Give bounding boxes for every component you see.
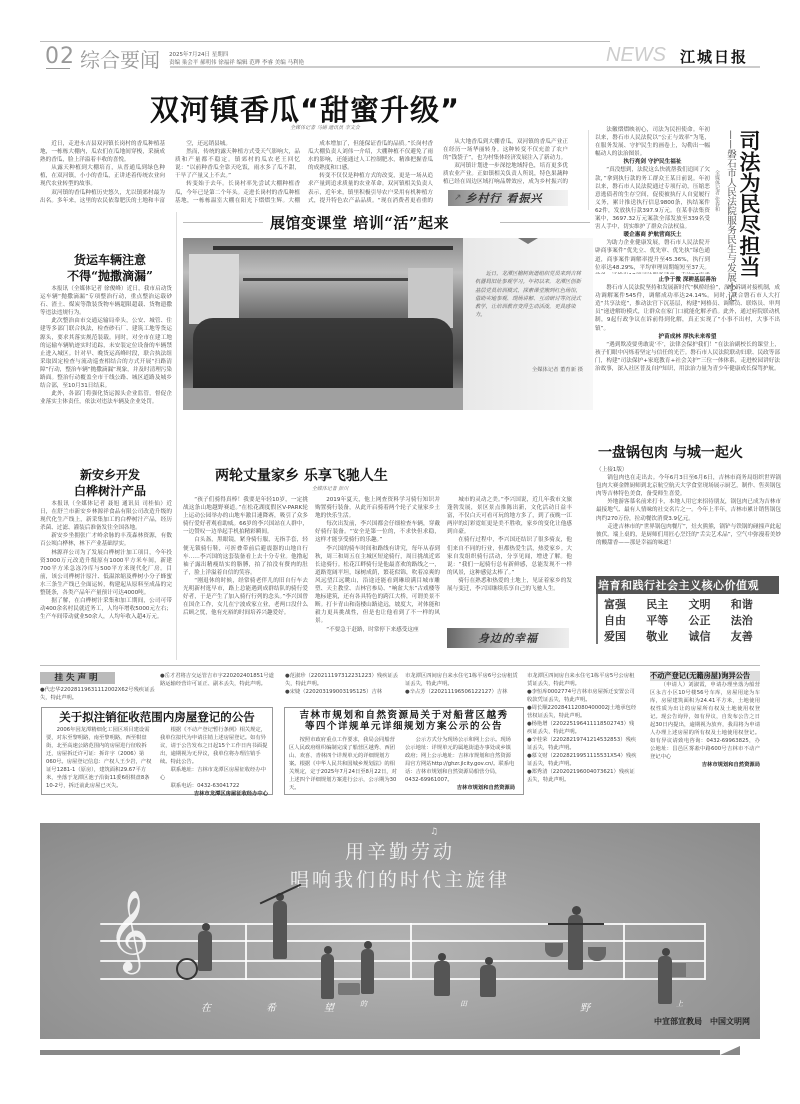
exhibition-caption-box: 近日，龙潭区榆树街道组织党员来到吉林机器局旧址参观学习。年初以来，龙潭区创新基层… [463, 238, 593, 410]
main-story-col3: 成本增加了，但能保证香瓜的品质。”长岗村香瓜大棚负责人刘伟一介绍，大棚种植不仅避… [308, 140, 433, 204]
planning-notice-col2: 公示方式分为现场公示和网上公示。现场公示地址：详规单元的属地街道办事处或乡镇政府… [405, 736, 515, 784]
lyric-char: 野 [580, 999, 590, 1014]
bar-line [704, 923, 706, 980]
core-values-grid: 富强 民主 文明 和谐 自由 平等 公正 法治 爱国 敬业 诚信 友善 [596, 594, 779, 644]
property-inquiry-notice: 不动产登记(无籍房屋)询异公告 （申请人）刘淑霞，申请办理坐落为船营区永吉小区1… [650, 671, 760, 769]
property-notice-signature: 吉林市规划和自然资源局 [650, 761, 760, 769]
house-notice-col2: 根据《不动产登记暂行条例》相关规定，我单位拟代为申请注销上述房屋登记。如有异议，… [160, 726, 268, 766]
lost-notice-col4: 市龙潭区四间房自来水住宅1栋平房6号公房租赁证丢失，特此声明。 ●辛占芳（220… [405, 672, 520, 696]
house-notice-signature: 吉林市龙潭区房屋征收经办中心 [160, 790, 268, 798]
core-value-item: 平等 [646, 613, 688, 629]
birch-story-body: 本报讯（全媒体记者 聂旭 通讯员 司桂仙）近日，在舒兰市新安乡林源祥食品有限公司… [40, 500, 172, 650]
property-notice-text: （申请人）刘淑霞，申请办理坐落为船营区永吉小区10号楼56号车库，房屋用途为车库… [650, 681, 760, 761]
planning-notice-title: 吉林市规划和自然资源局关于对船营区越秀 等四个详规单元详细规划方案公示的公告 [289, 710, 519, 732]
cycling-col1: “孩子们骑得真棒！我要是年轻10岁，一定挑战这条山地越野赛道。”在松花湖度假区V… [183, 496, 308, 658]
lost-notice-col3: ●范淑珍（220211197312231223）残疾证丢失，特此声明。 ●宋婕（… [285, 672, 400, 696]
house-notice-col1: 2006年因龙潭精细化工园区项目建设需要，对东至黎明路，南至黎明路，西至棋盘街，… [46, 726, 154, 790]
property-notice-title: 不动产登记(无籍房屋)询异公告 [650, 671, 760, 681]
exhibition-caption: 近日，龙潭区榆树街道组织党员来到吉林机器局旧址参观学习。年初以来，龙潭区创新基层… [475, 270, 583, 320]
bar-line [410, 923, 412, 980]
court-story-body-cont: 止争于微 深耕基层善治 磐石市人民法院坚持和发展新时代“枫桥经验”，深化诉调对接… [595, 276, 780, 426]
happiness-ribbon: 身边的幸福 [447, 628, 569, 648]
banner-credit: 中宣部宣教局 中国文明网 [654, 1016, 750, 1027]
music-note-icon: ♫ [430, 827, 438, 837]
lyric-char: 希 [266, 999, 276, 1014]
main-story-col4: 从大地香瓜到大棚香瓜，双河镇的香瓜产业正在经历一场华丽转身。这种转变不仅充盈了农… [443, 138, 568, 186]
house-cancel-notice: 关于拟注销征收范围内房屋登记的公告 2006年因龙潭精细化工园区项目建设需要，对… [41, 707, 273, 795]
core-value-item: 诚信 [689, 629, 731, 645]
chart-growth-icon: ↗ [454, 193, 462, 203]
ad-tag: 广告 [745, 1047, 753, 1053]
issue-date: 2025年7月24日 星期四 [169, 50, 228, 58]
lost-notice-col2: ●岳才君将吉交运管吉市字220202401851号道路运输经营许可证正、副本丢失… [160, 672, 275, 688]
core-values-header: 培育和践行社会主义核心价值观 [596, 576, 779, 594]
court-headline: 司法为民尽担当 [738, 130, 760, 277]
lyric-char: 田 [460, 999, 467, 1009]
core-value-item: 法治 [731, 613, 773, 629]
truck-story-headline: 货运车辆注意 不得“抛撒滴漏” [40, 252, 180, 284]
guobao-story-body: （上接1版） 锅包肉也在走出去。今年6月3日至6月6日，吉林市商务局组织世界锅包… [596, 466, 781, 570]
footer-bar [40, 1050, 720, 1055]
planning-notice-col1: 按照市政府重点工作要求，我局会同船营区人民政府组织编制完成了船营区越秀、西团山、… [289, 736, 399, 792]
cycling-byline: 全媒体记者 彭川 [280, 485, 380, 492]
right-column-divider [588, 130, 589, 210]
staff-line [100, 940, 705, 942]
footer-corner [720, 1046, 740, 1055]
photo-wall-panel [189, 254, 239, 324]
news-wordmark: NEWS [606, 44, 666, 67]
court-byline: 全媒体记者 张春和 [714, 170, 721, 212]
main-story-col1: 近日，走进永吉县双河镇长岗村的香瓜种植基地，一栋栋大棚内，瓜农们在瓜地间穿梭，采… [40, 140, 165, 204]
photo-crowd [193, 318, 453, 388]
caption-arrow-icon [518, 238, 538, 244]
rural-ribbon: ↗ 乡村行 看振兴 [448, 190, 568, 206]
masthead-logo: 江城日报 [680, 46, 748, 67]
bar-line [245, 923, 247, 980]
staff-line [100, 923, 705, 925]
truck-story-body: 本报讯（全媒体记者 徐俊峰）近日，我市启动货运车辆“抛撒滴漏”专项整治行动，重点… [40, 285, 172, 435]
planning-notice: 吉林市规划和自然资源局关于对船营区越秀 等四个详规单元详细规划方案公示的公告 按… [284, 707, 524, 795]
section-name: 综合要闻 [80, 44, 160, 73]
editorial-staff: 责编 巢会平 郝明伟 徐福祥 编辑 范晔 李睿 美编 马利艳 [169, 58, 304, 66]
lost-notice-col5: 市龙潭区四间房自来水住宅1栋平房5号公房租赁证丢失，特此声明。 ●李恒库0002… [527, 672, 637, 784]
core-value-item: 和谐 [731, 597, 773, 613]
header-rule-bottom [170, 66, 760, 68]
lost-notice-title: 挂失声明 [40, 672, 115, 684]
page-number-underline [46, 68, 70, 69]
header-rule-top [40, 41, 610, 42]
frame-rule-right [500, 222, 590, 223]
page-number: 02 [45, 44, 75, 69]
house-notice-address: 联系地址：吉林市龙潭区房屋征收经办中心 [160, 766, 268, 782]
core-value-item: 公正 [689, 613, 731, 629]
photo-ceiling-beam [213, 246, 453, 250]
lost-notice-col1: ●代忠华220281196311120​02X62号残疾证丢失，特此声明。 [40, 686, 155, 702]
core-value-item: 自由 [604, 613, 646, 629]
core-values-box: 培育和践行社会主义核心价值观 富强 民主 文明 和谐 自由 平等 公正 法治 爱… [596, 576, 779, 644]
treble-clef-icon: 𝄞 [108, 895, 149, 965]
lyric-char: 的 [360, 999, 367, 1009]
cycling-headline: 两轮丈量家乡 乐享飞驰人生 [215, 465, 388, 485]
core-value-item: 友善 [731, 629, 773, 645]
lyric-char: 在 [201, 999, 211, 1014]
birch-story-headline: 新安乡开发 白桦树汁产品 [40, 467, 180, 499]
court-story-body: 法徽熠熠映初心，司法为民担使命。年初以来，磐石市人民法院以“公正与效率”为笔，在… [595, 126, 710, 274]
main-byline: 全媒体记者 马婧 通讯员 李文会 [255, 124, 395, 131]
banner-line1: 用辛勤劳动 [40, 837, 760, 864]
lyric-char: 上 [676, 999, 683, 1009]
notices-top-rule [40, 665, 760, 666]
bar-line [623, 923, 625, 980]
banner-line2: 唱响我们的时代主旋律 [40, 865, 760, 892]
guobao-headline: 一盘锅包肉 与城一起火 [598, 442, 743, 462]
core-value-item: 民主 [646, 597, 688, 613]
cycling-col3: 城市的灵动之美。”李兴国说，近几年我市文旅蓬勃发展，景区景点推陈出新，文化活动日… [447, 496, 572, 616]
frame-rule-left [183, 222, 263, 223]
planning-notice-signature: 吉林市规划和自然资源局 [405, 784, 515, 792]
lyric-char: 望 [324, 999, 334, 1014]
core-value-item: 文明 [689, 597, 731, 613]
house-notice-phone: 联系电话：0432-63041722 [160, 782, 268, 790]
cycling-col2: 2019年夏天，他上网查资料学习骑行知识并购置骑行装备，从此开启骑着两个轮子丈量… [315, 496, 440, 658]
photo-credit: 全媒体记者 董育新 摄 [475, 366, 583, 374]
exhibition-photo [183, 238, 463, 410]
main-story-col2: 空，还远销县城。 然而，传统的露天种植方式受天气影响大，品质和产量都不稳定。镇郊… [175, 140, 300, 204]
exhibition-headline: 展馆变课堂 培训“活”起来 [270, 212, 449, 233]
house-notice-title: 关于拟注销征收范围内房屋登记的公告 [46, 710, 268, 724]
photo-floor [183, 388, 463, 410]
core-value-item: 富强 [604, 597, 646, 613]
main-headline: 双河镇香瓜“甜蜜升级” [150, 88, 460, 129]
core-value-item: 爱国 [604, 629, 646, 645]
public-service-banner: 用辛勤劳动 唱响我们的时代主旋律 ♫ 𝄞 [40, 823, 760, 1039]
core-value-item: 敬业 [646, 629, 688, 645]
